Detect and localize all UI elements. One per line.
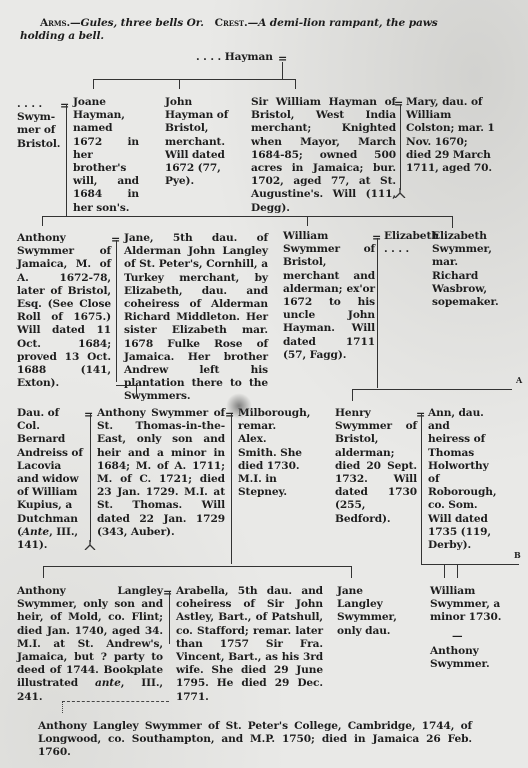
person-henry-swymmer: Henry Swymmer of Bristol, alderman; died… — [335, 407, 417, 526]
person-arabella-astley: Arabella, 5th dau. and coheiress of Sir … — [176, 585, 323, 704]
person-milborough: Milborough, remar. Alex. Smith. She died… — [238, 407, 308, 499]
no-issue-fork-icon — [84, 540, 96, 550]
descent-line — [377, 238, 378, 388]
descent-line-dashed — [62, 701, 169, 702]
ink-smudge — [226, 393, 252, 419]
person-mary-colston: Mary, dau. of William Colston; mar. 1 No… — [406, 96, 496, 175]
descent-line — [457, 564, 458, 578]
sibling-line — [43, 566, 351, 567]
descent-line — [421, 414, 422, 564]
descent-line — [179, 79, 180, 89]
person-dau-of-col-andreiss: Dau. of Col. Bernard Andreiss of Lacovia… — [17, 407, 85, 552]
person-elizabeth-wife: Elizabeth . . . . — [384, 230, 414, 256]
continuation-marker-b: B — [514, 550, 521, 560]
descent-line — [90, 414, 91, 542]
descent-line — [400, 104, 401, 190]
person-ann-holworthy: Ann, dau. and heiress of Thomas Holworth… — [428, 407, 494, 552]
arms-label: Arms. — [20, 17, 70, 29]
continuation-marker-a: A — [516, 375, 522, 385]
person-joane-hayman: Joane Hayman, named 1672 in her brother'… — [73, 96, 139, 215]
dau-col-text: Dau. of Col. Bernard Andreiss of Lacovia… — [17, 407, 83, 538]
descent-line — [169, 592, 170, 644]
sibling-line — [421, 564, 519, 565]
descent-line — [295, 79, 296, 89]
descent-line — [452, 216, 453, 228]
person-anthony-langley-swymmer-jr: Anthony Langley Swymmer of St. Peter's C… — [38, 720, 472, 760]
descent-line — [444, 564, 445, 578]
descent-line — [42, 216, 43, 226]
person-sir-william-hayman: Sir William Hayman of Bristol, West Indi… — [251, 96, 396, 215]
person-jane-langley-swymmer: Jane Langley Swymmer, only dau. — [337, 585, 403, 638]
person-william-swymmer-bristol: William Swymmer of Bristol, merchant and… — [283, 230, 375, 362]
crest-label: Crest. — [215, 17, 248, 29]
descent-line — [43, 566, 44, 578]
sibling-line — [42, 216, 452, 217]
descent-line — [93, 79, 94, 89]
descent-line — [116, 240, 117, 382]
descent-line — [231, 414, 232, 564]
descent-line — [66, 104, 67, 216]
descent-line-dotted — [62, 701, 63, 713]
marriage-symbol: = — [394, 98, 403, 109]
person-john-hayman: John Hayman of Bristol, merchant. Will d… — [165, 96, 231, 188]
person-jane-langley: Jane, 5th dau. of Alderman John Langley … — [124, 232, 268, 404]
descent-line — [307, 216, 308, 226]
person-anthony-swymmer: Anthony Swymmer. — [430, 645, 502, 671]
anthony-langley-text: Anthony Langley Swymmer, only son and he… — [17, 585, 163, 689]
person-swymmer-of-bristol: . . . . Swym- mer of Bristol. — [17, 98, 61, 151]
person-william-swymmer-minor: William Swymmer, a minor 1730. — [430, 585, 502, 625]
descent-line-a — [116, 385, 136, 386]
marriage-symbol: = — [84, 409, 93, 420]
marriage-symbol: = — [163, 587, 172, 598]
crest-text: —A demi-lion rampant, the paws — [248, 17, 438, 29]
descent-line — [352, 389, 353, 401]
person-anthony-swymmer-jamaica: Anthony Swymmer of Jamaica, M. of A. 167… — [17, 232, 111, 390]
marriage-symbol: = — [60, 100, 69, 111]
descent-line-a — [352, 389, 512, 390]
separator-dash: — — [452, 630, 463, 643]
ante-ref: ante — [95, 677, 121, 689]
person-elizabeth-swymmer: Elizabeth Swymmer, mar. Richard Wasbrow,… — [432, 230, 494, 309]
no-issue-fork-icon — [394, 188, 406, 198]
descent-line — [282, 62, 283, 80]
ante-ref: Ante — [22, 526, 49, 538]
hayman-root: . . . . Hayman — [196, 51, 273, 64]
descent-line — [351, 566, 352, 578]
person-anthony-langley-swymmer: Anthony Langley Swymmer, only son and he… — [17, 585, 163, 704]
arms-crest-header: Arms.—Gules, three bells Or. Crest.—A de… — [20, 17, 492, 43]
sibling-line — [93, 79, 296, 80]
crest-text-continued: holding a bell. — [20, 30, 104, 42]
descent-line — [136, 385, 137, 397]
person-anthony-swymmer-st-thomas: Anthony Swymmer of St. Thomas-in-the-Eas… — [97, 407, 225, 539]
arms-text: —Gules, three bells Or. — [70, 17, 204, 29]
